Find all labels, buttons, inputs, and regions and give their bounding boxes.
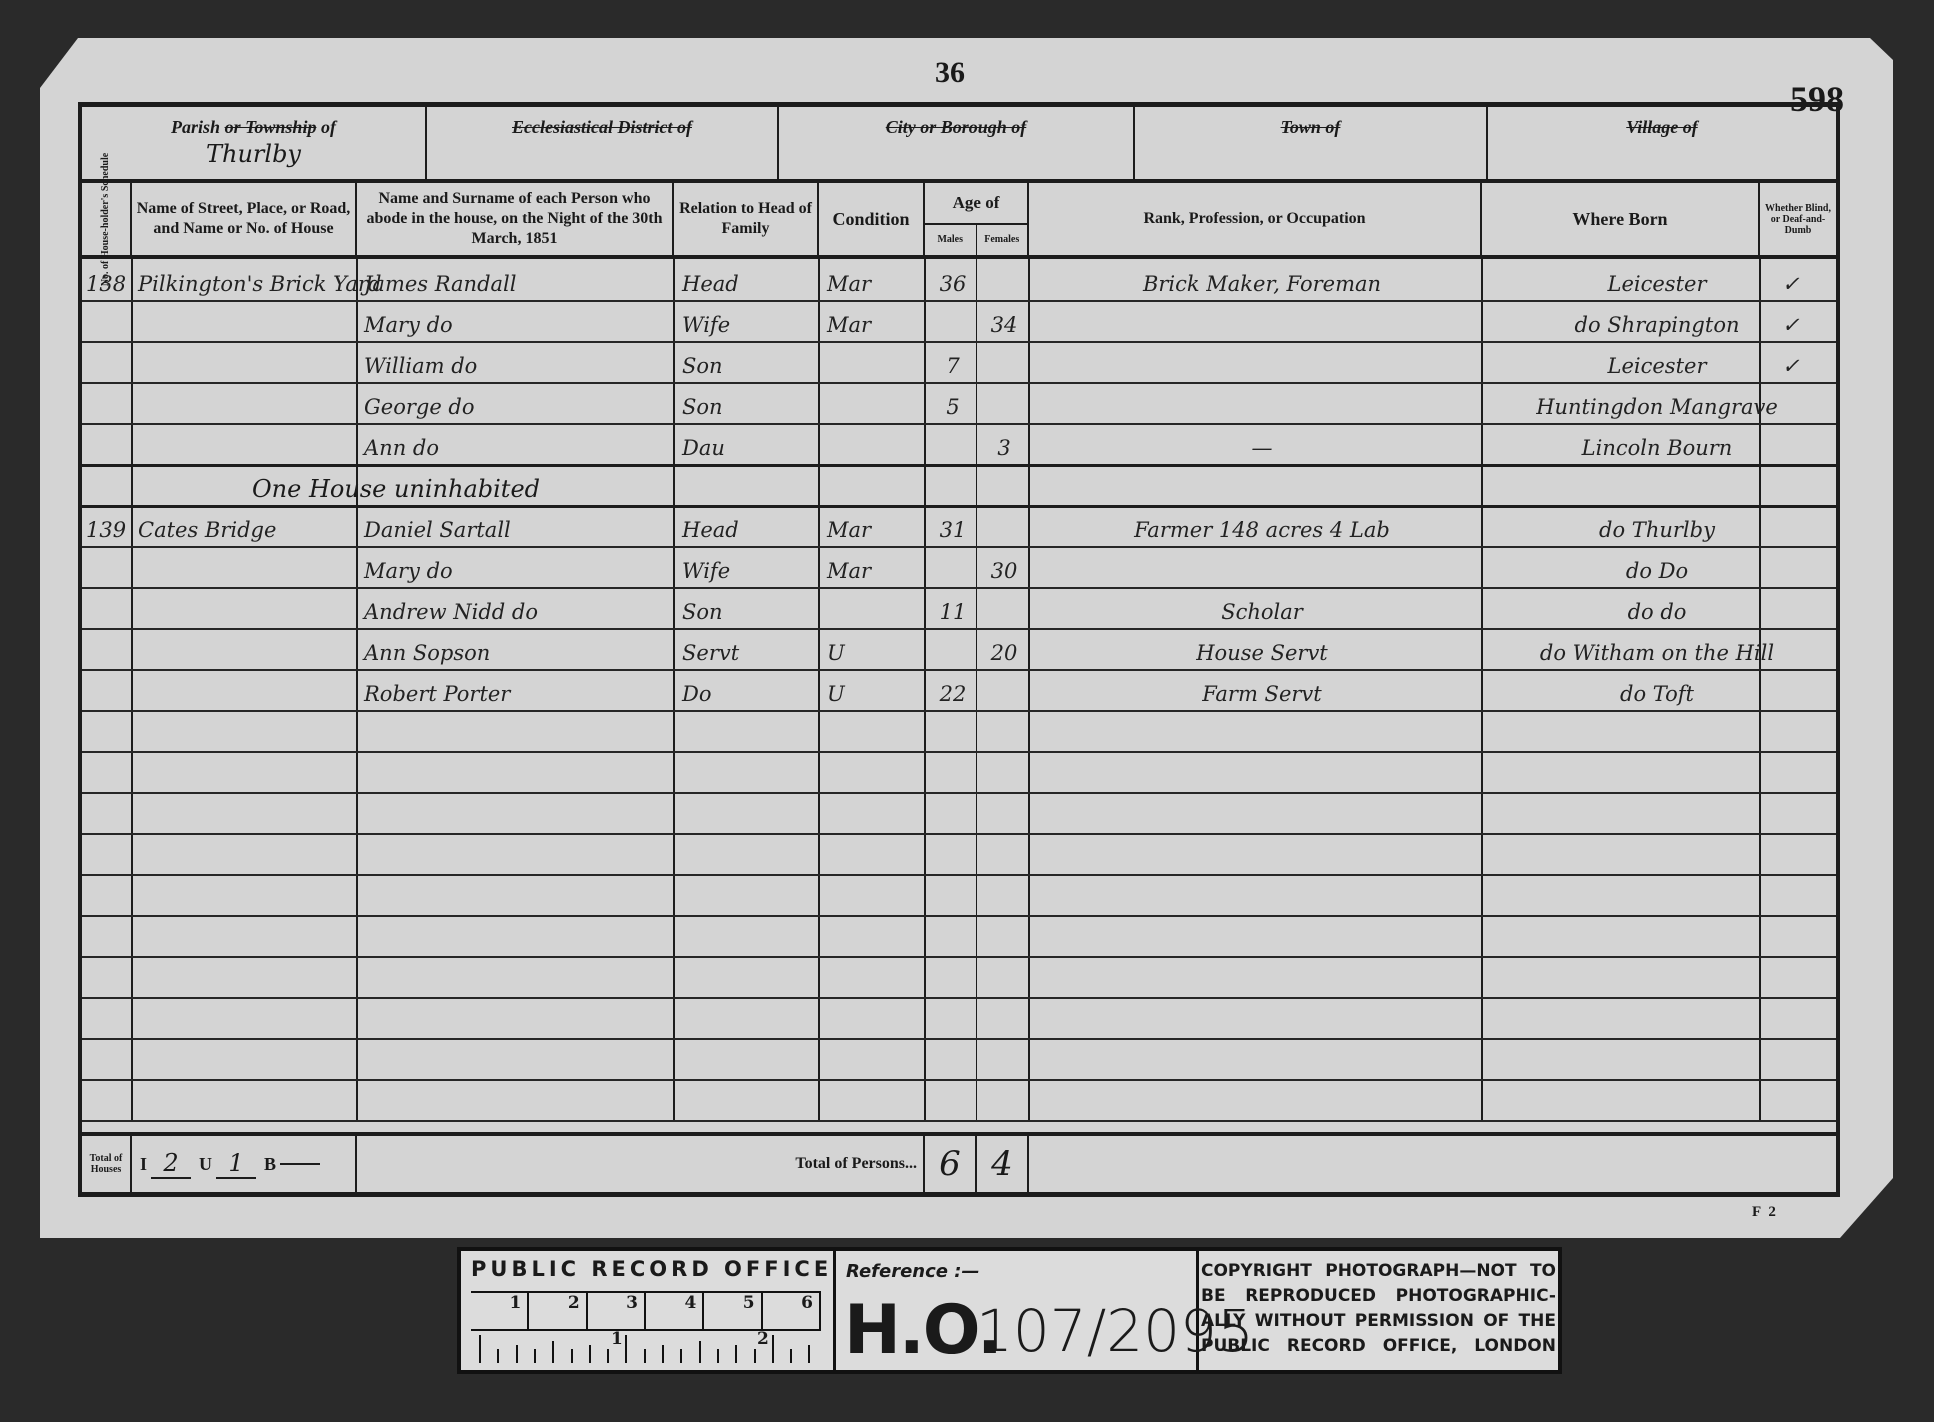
ruler-tick bbox=[717, 1349, 719, 1363]
table-row: Ann doDau3—Lincoln Bourn bbox=[82, 423, 1836, 467]
schedule-number bbox=[86, 587, 130, 626]
schedule-number bbox=[86, 546, 130, 585]
relation bbox=[682, 1079, 812, 1118]
male-age bbox=[932, 546, 974, 585]
person-name bbox=[364, 915, 669, 954]
uninhabited-label: U bbox=[199, 1154, 212, 1175]
occupation bbox=[1047, 382, 1477, 421]
where-born: do Toft bbox=[1487, 669, 1827, 708]
male-age bbox=[932, 300, 974, 339]
female-age bbox=[982, 382, 1026, 421]
occupation bbox=[1047, 997, 1477, 1036]
condition bbox=[827, 874, 919, 913]
header-age: Age of Males Females bbox=[925, 183, 1029, 255]
where-born: do Do bbox=[1487, 546, 1827, 585]
schedule-number bbox=[86, 792, 130, 831]
struck-label-text: City or Borough of bbox=[886, 117, 1027, 137]
person-name bbox=[364, 710, 669, 749]
ruler-tick bbox=[479, 1335, 481, 1363]
header-blind-deaf: Whether Blind, or Deaf-and-Dumb bbox=[1760, 183, 1836, 255]
struck-label-text: Ecclesiastical District of bbox=[512, 117, 692, 137]
occupation bbox=[1047, 1038, 1477, 1077]
blind-deaf-mark bbox=[1782, 505, 1842, 544]
header-relation: Relation to Head of Family bbox=[674, 183, 819, 255]
ruler-tick bbox=[534, 1349, 536, 1363]
blind-deaf-mark bbox=[1782, 423, 1842, 462]
struck-label-text: Town of bbox=[1281, 117, 1341, 137]
street-name bbox=[138, 669, 353, 708]
condition bbox=[827, 915, 919, 954]
person-name: Robert Porter bbox=[364, 669, 669, 708]
street-name bbox=[138, 710, 353, 749]
header-where-born: Where Born bbox=[1482, 183, 1760, 255]
blind-deaf-mark bbox=[1782, 915, 1842, 954]
ruler-cm-mark: 1 bbox=[471, 1293, 529, 1329]
ruler-tick bbox=[644, 1349, 646, 1363]
occupation bbox=[1047, 956, 1477, 995]
relation: Do bbox=[682, 669, 812, 708]
building-label: B bbox=[264, 1154, 276, 1175]
table-row bbox=[82, 751, 1836, 794]
female-age bbox=[982, 505, 1026, 544]
female-age bbox=[982, 1079, 1026, 1118]
person-name bbox=[364, 956, 669, 995]
male-age bbox=[932, 423, 974, 462]
where-born bbox=[1487, 1038, 1827, 1077]
ruler-tick bbox=[607, 1349, 609, 1363]
table-row bbox=[82, 997, 1836, 1040]
relation bbox=[682, 874, 812, 913]
table-row: George doSon5Huntingdon Mangrave bbox=[82, 382, 1836, 425]
person-name bbox=[364, 751, 669, 790]
relation bbox=[682, 1038, 812, 1077]
street-name bbox=[138, 341, 353, 380]
ruler-cm-mark: 2 bbox=[529, 1293, 587, 1329]
male-age bbox=[932, 833, 974, 872]
female-age: 20 bbox=[982, 628, 1026, 667]
place-value: Thurlby bbox=[82, 140, 425, 168]
person-name: George do bbox=[364, 382, 669, 421]
schedule-number bbox=[86, 300, 130, 339]
schedule-number bbox=[86, 997, 130, 1036]
where-born: Leicester bbox=[1487, 341, 1827, 380]
occupation: House Servt bbox=[1047, 628, 1477, 667]
street-name bbox=[138, 382, 353, 421]
header-name: Name and Surname of each Person who abod… bbox=[357, 183, 674, 255]
where-born bbox=[1487, 997, 1827, 1036]
relation: Head bbox=[682, 259, 812, 298]
blind-deaf-mark: ✓ bbox=[1782, 300, 1842, 339]
blind-deaf-mark: ✓ bbox=[1782, 341, 1842, 380]
relation bbox=[682, 915, 812, 954]
table-row: 139Cates BridgeDaniel SartallHeadMar31Fa… bbox=[82, 505, 1836, 548]
blind-deaf-mark bbox=[1782, 587, 1842, 626]
total-houses-label: Total of Houses bbox=[82, 1136, 132, 1192]
condition: Mar bbox=[827, 546, 919, 585]
ruler-tick bbox=[552, 1341, 554, 1363]
where-born: do do bbox=[1487, 587, 1827, 626]
blind-deaf-mark bbox=[1782, 710, 1842, 749]
occupation bbox=[1047, 1079, 1477, 1118]
table-row: William doSon7Leicester✓ bbox=[82, 341, 1836, 384]
table-row bbox=[82, 710, 1836, 753]
reference-label: Reference :— bbox=[846, 1261, 979, 1282]
street-name bbox=[138, 792, 353, 831]
street-name bbox=[138, 587, 353, 626]
street-name bbox=[138, 546, 353, 585]
ruler-cm: 123456 bbox=[471, 1291, 821, 1331]
schedule-number bbox=[86, 833, 130, 872]
schedule-number: 138 bbox=[86, 259, 130, 298]
header-males: Males bbox=[925, 225, 977, 255]
male-age bbox=[932, 997, 974, 1036]
table-row: Ann SopsonServtU20House Servtdo Witham o… bbox=[82, 628, 1836, 671]
total-males: 6 bbox=[925, 1136, 977, 1192]
ruler-tick bbox=[790, 1349, 792, 1363]
relation: Son bbox=[682, 587, 812, 626]
street-name bbox=[138, 1038, 353, 1077]
place-cell-1: Ecclesiastical District of bbox=[427, 107, 779, 179]
relation bbox=[682, 792, 812, 831]
schedule-number bbox=[86, 751, 130, 790]
office-panel: PUBLIC RECORD OFFICE 123456 12 bbox=[461, 1251, 836, 1370]
struck-label-text: or Township bbox=[225, 117, 317, 137]
relation: Son bbox=[682, 382, 812, 421]
ruler-cm-mark: 3 bbox=[588, 1293, 646, 1329]
blind-deaf-mark bbox=[1782, 382, 1842, 421]
place-cell-4: Village of bbox=[1488, 107, 1836, 179]
header-condition: Condition bbox=[819, 183, 925, 255]
street-name bbox=[138, 300, 353, 339]
blind-deaf-mark: ✓ bbox=[1782, 259, 1842, 298]
person-name: Daniel Sartall bbox=[364, 505, 669, 544]
street-name: Cates Bridge bbox=[138, 505, 353, 544]
where-born: Huntingdon Mangrave bbox=[1487, 382, 1827, 421]
blind-deaf-mark bbox=[1782, 874, 1842, 913]
condition bbox=[827, 956, 919, 995]
total-females: 4 bbox=[977, 1136, 1029, 1192]
blind-deaf-mark bbox=[1782, 1038, 1842, 1077]
schedule-number bbox=[86, 382, 130, 421]
condition bbox=[827, 587, 919, 626]
where-born: Lincoln Bourn bbox=[1487, 423, 1827, 462]
occupation bbox=[1047, 833, 1477, 872]
uninhabited-count: 1 bbox=[216, 1149, 256, 1179]
female-age: 34 bbox=[982, 300, 1026, 339]
header-street: Name of Street, Place, or Road, and Name… bbox=[132, 183, 357, 255]
place-header: Parish or Township ofThurlbyEcclesiastic… bbox=[82, 107, 1836, 183]
table-row bbox=[82, 792, 1836, 835]
occupation bbox=[1047, 915, 1477, 954]
condition bbox=[827, 1079, 919, 1118]
female-age: 30 bbox=[982, 546, 1026, 585]
table-row: One House uninhabited bbox=[82, 464, 1836, 508]
place-cell-0: Parish or Township ofThurlby bbox=[82, 107, 427, 179]
relation: Wife bbox=[682, 546, 812, 585]
male-age bbox=[932, 710, 974, 749]
condition bbox=[827, 751, 919, 790]
condition: U bbox=[827, 669, 919, 708]
male-age bbox=[932, 1038, 974, 1077]
ruler-tick bbox=[808, 1345, 810, 1363]
place-label: Town of bbox=[1135, 117, 1486, 138]
schedule-number bbox=[86, 710, 130, 749]
male-age bbox=[932, 915, 974, 954]
form-mark: F 2 bbox=[1752, 1204, 1778, 1221]
female-age: 3 bbox=[982, 423, 1026, 462]
place-cell-2: City or Borough of bbox=[779, 107, 1135, 179]
schedule-number bbox=[86, 341, 130, 380]
ruler-tick bbox=[516, 1345, 518, 1363]
schedule-number bbox=[86, 628, 130, 667]
census-rows: 138Pilkington's Brick YardJames RandallH… bbox=[82, 259, 1836, 1121]
schedule-number bbox=[86, 915, 130, 954]
ruler-tick bbox=[754, 1349, 756, 1363]
occupation: Farm Servt bbox=[1047, 669, 1477, 708]
ruler-tick bbox=[699, 1341, 701, 1363]
place-label: City or Borough of bbox=[779, 117, 1133, 138]
condition bbox=[827, 423, 919, 462]
condition: Mar bbox=[827, 300, 919, 339]
blind-deaf-mark bbox=[1782, 628, 1842, 667]
person-name: Ann Sopson bbox=[364, 628, 669, 667]
where-born bbox=[1487, 792, 1827, 831]
place-cell-3: Town of bbox=[1135, 107, 1488, 179]
totals-row: Total of Houses I2 U1 B Total of Persons… bbox=[82, 1132, 1836, 1192]
street-name bbox=[138, 1079, 353, 1118]
where-born: do Thurlby bbox=[1487, 505, 1827, 544]
person-name bbox=[364, 874, 669, 913]
street-name bbox=[138, 874, 353, 913]
female-age bbox=[982, 792, 1026, 831]
blind-deaf-mark bbox=[1782, 792, 1842, 831]
table-row bbox=[82, 1079, 1836, 1122]
blind-deaf-mark bbox=[1782, 997, 1842, 1036]
ruler-tick bbox=[735, 1345, 737, 1363]
male-age: 22 bbox=[932, 669, 974, 708]
blind-deaf-mark bbox=[1782, 833, 1842, 872]
relation bbox=[682, 710, 812, 749]
schedule-number bbox=[86, 1038, 130, 1077]
relation bbox=[682, 833, 812, 872]
page-number: 36 bbox=[935, 56, 965, 90]
where-born bbox=[1487, 1079, 1827, 1118]
blind-deaf-mark bbox=[1782, 956, 1842, 995]
occupation: Scholar bbox=[1047, 587, 1477, 626]
relation bbox=[682, 751, 812, 790]
condition bbox=[827, 792, 919, 831]
ruler-cm-mark: 4 bbox=[646, 1293, 704, 1329]
relation: Head bbox=[682, 505, 812, 544]
ruler-inch-label: 1 bbox=[611, 1329, 623, 1349]
street-name bbox=[138, 915, 353, 954]
table-row bbox=[82, 833, 1836, 876]
total-houses: I2 U1 B bbox=[132, 1136, 357, 1192]
occupation bbox=[1047, 546, 1477, 585]
male-age: 36 bbox=[932, 259, 974, 298]
person-name: William do bbox=[364, 341, 669, 380]
street-name bbox=[138, 833, 353, 872]
female-age bbox=[982, 915, 1026, 954]
person-name bbox=[364, 997, 669, 1036]
condition bbox=[827, 710, 919, 749]
street-name bbox=[138, 628, 353, 667]
street-name bbox=[138, 956, 353, 995]
occupation: — bbox=[1047, 423, 1477, 462]
table-row bbox=[82, 1038, 1836, 1081]
schedule-number bbox=[86, 956, 130, 995]
table-row: Robert PorterDoU22Farm Servtdo Toft bbox=[82, 669, 1836, 712]
ruler-tick bbox=[571, 1349, 573, 1363]
schedule-number bbox=[86, 874, 130, 913]
schedule-number bbox=[86, 669, 130, 708]
male-age bbox=[932, 628, 974, 667]
male-age: 5 bbox=[932, 382, 974, 421]
male-age bbox=[932, 874, 974, 913]
where-born bbox=[1487, 751, 1827, 790]
occupation: Brick Maker, Foreman bbox=[1047, 259, 1477, 298]
ruler-tick bbox=[772, 1335, 774, 1363]
ruler-cm-mark: 5 bbox=[704, 1293, 762, 1329]
occupation bbox=[1047, 341, 1477, 380]
copyright-line: PUBLIC RECORD OFFICE, LONDON bbox=[1201, 1334, 1556, 1359]
relation: Servt bbox=[682, 628, 812, 667]
relation bbox=[682, 997, 812, 1036]
blind-deaf-mark bbox=[1782, 751, 1842, 790]
table-row: Mary doWifeMar34do Shrapington✓ bbox=[82, 300, 1836, 343]
where-born bbox=[1487, 833, 1827, 872]
header-occupation: Rank, Profession, or Occupation bbox=[1029, 183, 1482, 255]
schedule-number: 139 bbox=[86, 505, 130, 544]
relation bbox=[682, 956, 812, 995]
female-age bbox=[982, 259, 1026, 298]
header-schedule: No. of House-holder's Schedule bbox=[82, 183, 132, 255]
female-age bbox=[982, 751, 1026, 790]
copyright-line: BE REPRODUCED PHOTOGRAPHIC- bbox=[1201, 1284, 1556, 1309]
condition bbox=[827, 1038, 919, 1077]
table-row bbox=[82, 874, 1836, 917]
where-born bbox=[1487, 874, 1827, 913]
blind-deaf-mark bbox=[1782, 1079, 1842, 1118]
relation: Son bbox=[682, 341, 812, 380]
ruler-tick bbox=[662, 1345, 664, 1363]
table-row: Mary doWifeMar30do Do bbox=[82, 546, 1836, 589]
male-age bbox=[932, 792, 974, 831]
condition bbox=[827, 997, 919, 1036]
reference-panel: Reference :— H.O. 107/2095 bbox=[836, 1251, 1199, 1370]
header-females: Females bbox=[977, 225, 1028, 255]
inhabited-count: 2 bbox=[151, 1149, 191, 1179]
header-age-of: Age of bbox=[953, 183, 1000, 223]
male-age: 7 bbox=[932, 341, 974, 380]
inhabited-label: I bbox=[140, 1154, 147, 1175]
condition: Mar bbox=[827, 259, 919, 298]
female-age bbox=[982, 669, 1026, 708]
copyright-notice: COPYRIGHT PHOTOGRAPH—NOT TOBE REPRODUCED… bbox=[1201, 1259, 1556, 1359]
ruler-tick bbox=[497, 1349, 499, 1363]
place-label: Parish or Township of bbox=[82, 117, 425, 138]
female-age bbox=[982, 956, 1026, 995]
copyright-line: COPYRIGHT PHOTOGRAPH—NOT TO bbox=[1201, 1259, 1556, 1284]
person-name: Mary do bbox=[364, 546, 669, 585]
female-age bbox=[982, 341, 1026, 380]
male-age bbox=[932, 1079, 974, 1118]
building-count bbox=[280, 1163, 320, 1165]
person-name: Mary do bbox=[364, 300, 669, 339]
male-age: 31 bbox=[932, 505, 974, 544]
person-name: Ann do bbox=[364, 423, 669, 462]
ruler-tick bbox=[680, 1349, 682, 1363]
occupation bbox=[1047, 751, 1477, 790]
schedule-number bbox=[86, 423, 130, 462]
male-age bbox=[932, 751, 974, 790]
total-persons-label: Total of Persons... bbox=[357, 1136, 925, 1192]
person-name: James Randall bbox=[364, 259, 669, 298]
occupation bbox=[1047, 874, 1477, 913]
ruler-tick bbox=[589, 1345, 591, 1363]
blind-deaf-mark bbox=[1782, 669, 1842, 708]
table-row: Andrew Nidd doSon11Scholardo do bbox=[82, 587, 1836, 630]
male-age bbox=[932, 956, 974, 995]
where-born bbox=[1487, 710, 1827, 749]
where-born bbox=[1487, 915, 1827, 954]
where-born: Leicester bbox=[1487, 259, 1827, 298]
relation: Dau bbox=[682, 423, 812, 462]
condition: Mar bbox=[827, 505, 919, 544]
condition bbox=[827, 341, 919, 380]
place-label: Village of bbox=[1488, 117, 1836, 138]
struck-label-text: Village of bbox=[1626, 117, 1698, 137]
blind-deaf-mark bbox=[1782, 546, 1842, 585]
condition bbox=[827, 382, 919, 421]
female-age bbox=[982, 833, 1026, 872]
street-name bbox=[138, 997, 353, 1036]
census-table: Parish or Township ofThurlbyEcclesiastic… bbox=[78, 102, 1840, 1197]
label-text: Parish bbox=[171, 117, 225, 137]
ruler-inch-label: 2 bbox=[757, 1329, 769, 1349]
place-label: Ecclesiastical District of bbox=[427, 117, 777, 138]
condition: U bbox=[827, 628, 919, 667]
person-name bbox=[364, 1038, 669, 1077]
female-age bbox=[982, 874, 1026, 913]
label-text: of bbox=[316, 117, 336, 137]
condition bbox=[827, 833, 919, 872]
female-age bbox=[982, 997, 1026, 1036]
street-name bbox=[138, 423, 353, 462]
column-headers: No. of House-holder's Schedule Name of S… bbox=[82, 183, 1836, 259]
copyright-line: ALLY WITHOUT PERMISSION OF THE bbox=[1201, 1309, 1556, 1334]
street-name bbox=[138, 751, 353, 790]
uninhabited-note: One House uninhabited bbox=[252, 464, 540, 503]
female-age bbox=[982, 1038, 1026, 1077]
person-name: Andrew Nidd do bbox=[364, 587, 669, 626]
public-record-office-stamp: PUBLIC RECORD OFFICE 123456 12 Reference… bbox=[457, 1247, 1562, 1374]
office-title: PUBLIC RECORD OFFICE bbox=[471, 1257, 832, 1281]
relation: Wife bbox=[682, 300, 812, 339]
where-born bbox=[1487, 956, 1827, 995]
table-row bbox=[82, 915, 1836, 958]
male-age: 11 bbox=[932, 587, 974, 626]
where-born: do Shrapington bbox=[1487, 300, 1827, 339]
person-name bbox=[364, 792, 669, 831]
person-name bbox=[364, 833, 669, 872]
occupation bbox=[1047, 300, 1477, 339]
occupation bbox=[1047, 710, 1477, 749]
ruler-cm-mark: 6 bbox=[763, 1293, 821, 1329]
ruler-inch: 12 bbox=[471, 1329, 821, 1363]
occupation: Farmer 148 acres 4 Lab bbox=[1047, 505, 1477, 544]
where-born: do Witham on the Hill bbox=[1487, 628, 1827, 667]
